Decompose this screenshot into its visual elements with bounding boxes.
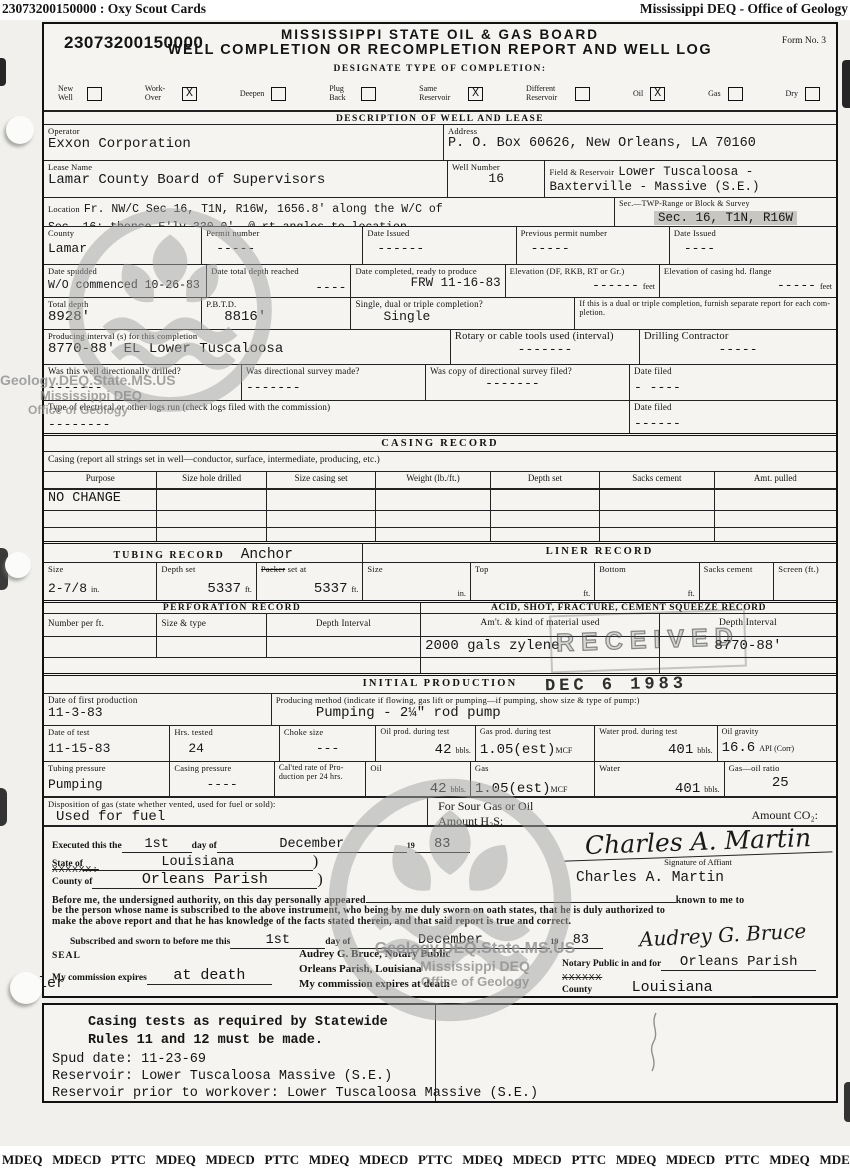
perf-acid-empty-row [44,657,836,673]
oil-gravity-unit: API (Corr) [759,744,794,753]
checkbox-mark [575,87,590,101]
field-date-td-reached: Date total depth reached ---- [206,265,350,297]
perf-number-label: Number per ft. [48,615,152,629]
field-prev-date-issued: Date Issued ---- [669,227,836,264]
rate-label-1: Cal'ted rate of Pro- [279,763,362,772]
acid-material-value: 2000 gals zylene [425,638,655,654]
casing-cell-empty [490,511,599,527]
logs-run-label: Type of electrical or other logs run (ch… [48,402,625,413]
pbtd-value: 8816' [206,309,346,325]
statewide-rule-note-1: Casing tests as required by Statewide [88,1015,388,1030]
sec-twp-range-value: Sec. 16, T1N, R16W [654,211,797,225]
oil-prod-value: 42 [435,742,452,758]
field-directionally-drilled: Was this well directionally drilled? ---… [44,365,241,400]
seal-label: SEAL [52,951,81,961]
liner-bottom-label: Bottom [599,564,694,574]
gas-prod-label: Gas prod. during test [480,727,590,736]
tubing-depth-label: Depth set [161,564,252,574]
paren: ) [317,871,322,888]
survey-copy-filed-value: ------- [430,377,625,392]
field-county: County Lamar [44,227,201,264]
permit-number-value: ----- [206,242,358,257]
elevation-unit: feet [643,282,655,291]
rate-gas-value: 1.05(est) [475,781,551,796]
field-drilling-contractor: Drilling Contractor ----- [639,330,836,364]
checkbox-deepen: Deepen [240,87,286,101]
casing-cell-empty [156,490,265,510]
field-lease-name: Lease Name Lamar County Board of Supervi… [44,161,447,197]
field-water-prod: Water prod. during test 401 bbls. [594,726,716,761]
hole-punch [5,552,31,578]
test-row: Date of test 11-15-83 Hrs. tested 24 Cho… [44,725,836,761]
field-liner-bottom: Bottom ft. [594,563,698,600]
execution-notary-block: Executed this the1stday ofDecember1983 S… [44,825,836,996]
elevation-casing-value: ----- [777,278,816,293]
checkbox-mark [271,87,286,101]
checkbox-mark [805,87,820,101]
perforation-record-band: PERFORATION RECORD [44,603,420,613]
directional-survey-label: Was directional survey made? [246,366,421,377]
casing-note: Casing (report all strings set in well—c… [44,452,836,471]
spud-date-note: Spud date: 11-23-69 [52,1052,206,1067]
rate-water-label: Water [599,763,719,773]
gas-disposition-value: Used for fuel [48,809,423,825]
casing-cell-empty [714,511,836,527]
casing-cell-empty [714,528,836,541]
prev-date-issued-label: Date Issued [674,228,832,238]
executed-month: December [217,837,407,853]
perf-col-depth: Depth Interval [266,614,420,636]
casing-cell-empty [599,511,713,527]
field-packer-set: Packer set at 5337 ft. [256,563,362,600]
viewer-header-right: Mississippi DEQ - Office of Geology [640,1,848,20]
date-of-test-value: 11-15-83 [48,742,165,757]
field-gas-oil-ratio: Gas—oil ratio 25 [724,762,836,796]
casing-band-row: CASING RECORD [44,433,836,451]
hole-punch [10,972,42,1004]
tubing-record-band: TUBING RECORD [113,550,224,561]
drilling-contractor-value: ----- [644,343,832,358]
field-sour-gas: For Sour Gas or Oil Amount H₂S: Amount C… [427,798,836,825]
gas-oil-ratio-label: Gas—oil ratio [729,763,832,773]
scout-card-footer: MDEQ MDECD PTTC MDEQ MDECD PTTC MDEQ MDE… [0,1146,850,1172]
acid-cell-empty [659,658,836,673]
affidavit-line-2: be the person whose name is subscribed t… [52,905,830,916]
field-total-depth: Total depth 8928' [44,298,201,329]
perf-acid-header-row: Number per ft. Size & type Depth Interva… [44,613,836,636]
exec-county-value: Orleans Parish [92,871,317,889]
checkbox-dry: Dry [786,87,820,101]
hrs-tested-label: Hrs. tested [174,727,274,737]
subscribed-year: 83 [558,933,603,949]
operator-value: Exxon Corporation [48,136,439,152]
first-production-value: 11-3-83 [48,706,267,721]
designate-heading-row: DESIGNATE TYPE OF COMPLETION: [44,64,836,78]
field-liner-top: Top ft. [470,563,594,600]
footer-codes: MDEQ MDECD PTTC MDEQ MDECD PTTC MDEQ MDE… [0,1146,850,1168]
field-reservoir-value-1: Lower Tuscaloosa - [618,165,753,179]
gas-prod-unit: MCF [555,746,572,755]
field-gas-disposition: Disposition of gas (state whether vented… [44,798,427,825]
acid-record-band: ACID, SHOT, FRACTURE, CEMENT SQUEEZE REC… [420,603,836,613]
liner-size-label: Size [367,564,465,574]
oil-prod-label: Oil prod. during test [380,727,471,736]
casing-col-casing-set: Size casing set [266,472,375,488]
viewer-header-left: 23073200150000 : Oxy Scout Cards [2,1,206,20]
acid-depth-value: 8770-88' [664,638,832,654]
casing-col-hole: Size hole drilled [156,472,265,488]
county-permit-row: County Lamar Permit number ----- Date Is… [44,226,836,264]
field-oil-gravity: Oil gravity 16.6 API (Corr) [717,726,836,761]
checkbox-new-well: New Well [58,85,102,103]
checkbox-same-reservoir: Same ReservoirX [419,85,483,103]
field-previous-permit: Previous permit number ----- [516,227,669,264]
date-completed-label: Date completed, ready to produce [355,266,500,276]
casing-cell-empty [44,511,156,527]
gas-prod-value: 1.05(est) [480,742,556,758]
tubing-liner-band-row: TUBING RECORD Anchor LINER RECORD [44,541,836,562]
address-value: P. O. Box 60626, New Orleans, LA 70160 [448,136,832,152]
date-of-test-label: Date of test [48,727,165,737]
prev-date-issued-value: ---- [674,242,832,257]
date-spudded-label: Date spudded [48,266,202,276]
notary-state-value: Louisiana [592,979,752,997]
lease-row: Lease Name Lamar County Board of Supervi… [44,160,836,197]
perf-acid-data-row: 2000 gals zylene 8770-88' [44,636,836,657]
checkbox-label: Oil [633,90,643,99]
commission-value: at death [147,967,272,985]
co2-label: Amount CO₂: [751,808,818,823]
field-gas-prod: Gas prod. during test 1.05(est)MCF [475,726,594,761]
executed-year: 83 [415,837,470,853]
notary-for-value: Orleans Parish [661,954,816,971]
field-elevation: Elevation (DF, RKB, RT or Gr.) ------ fe… [505,265,659,297]
scan-artifact [0,58,6,86]
executed-dayof: day of [192,841,217,851]
casing-data-row-1: NO CHANGE [44,488,836,510]
rate-water-unit: bbls. [704,785,719,794]
field-survey-copy-filed: Was copy of directional survey filed? --… [425,365,629,400]
operator-label: Operator [48,126,439,136]
field-first-production: Date of first production 11-3-83 [44,694,271,725]
perf-depth-label: Depth Interval [271,615,416,629]
field-logs-run: Type of electrical or other logs run (ch… [44,401,629,433]
initial-production-band-row: INITIAL PRODUCTION [44,673,836,693]
casing-pressure-label: Casing pressure [174,763,269,773]
acid-material-value-cell: 2000 gals zylene [420,637,659,657]
field-rate-per-24: Cal'ted rate of Pro- duction per 24 hrs. [274,762,366,796]
elevation-casing-unit: feet [820,282,832,291]
total-depth-value: 8928' [48,309,197,325]
form-number: Form No. 3 [782,36,826,46]
completion-kind-value: Single [355,310,570,325]
casing-data-row-3 [44,527,836,541]
directionally-drilled-label: Was this well directionally drilled? [48,366,237,377]
producing-method-value: Pumping - 2¼" rod pump [276,705,832,721]
perf-cell-empty [266,637,420,657]
notary-for-block: Notary Public in and forOrleans Parish X… [562,953,834,997]
rate-row: Tubing pressure Pumping Casing pressure … [44,761,836,796]
directional-survey-value: ------- [246,381,421,396]
completion-type-checkboxes: New Well Work- OverX Deepen Plug Back Sa… [44,78,836,110]
scan-artifact [842,60,850,108]
executed-year-prefix: 19 [407,841,415,850]
packer-set-unit: ft. [351,585,358,594]
total-depth-label: Total depth [48,299,197,309]
field-reservoir-label: Field & Reservoir [549,167,614,177]
checkbox-label: Plug Back [329,85,354,103]
field-rate-water: Water 401 bbls. [594,762,723,796]
well-completion-form: 23073200150000 MISSISSIPPI STATE OIL & G… [42,22,838,998]
packer-set-value: 5337 [314,581,348,597]
tubing-pressure-label: Tubing pressure [48,763,165,773]
affiant-name-typed: Charles A. Martin [564,870,832,887]
logs-run-value: -------- [48,418,625,433]
stray-text: ler [38,975,65,992]
field-directional-survey: Was directional survey made? ------- [241,365,425,400]
casing-cell-empty [266,490,375,510]
county-label: County [48,228,197,238]
field-liner-sacks: Sacks cement [699,563,774,600]
depth-row: Total depth 8928' P.B.T.D. 8816' Single,… [44,297,836,329]
casing-cell-empty [599,528,713,541]
rate-label-2: duction per 24 hrs. [279,772,362,781]
county-value: Lamar [48,242,197,257]
casing-col-sacks: Sacks cement [599,472,713,488]
tubing-size-label: Size [48,564,152,574]
reservoir-note: Reservoir: Lower Tuscaloosa Massive (S.E… [52,1069,392,1084]
field-rotary-cable: Rotary or cable tools used (interval) --… [450,330,639,364]
sec-twp-range-label: Sec.—TWP-Range or Block & Survey [619,199,832,208]
previous-permit-label: Previous permit number [521,228,665,238]
producing-method-label: Producing method (indicate if flowing, g… [276,695,832,705]
field-liner-screen: Screen (ft.) [773,563,836,600]
statewide-rule-note-2: Rules 11 and 12 must be made. [88,1033,323,1048]
field-well-number: Well Number 16 [447,161,545,197]
liner-bottom-unit: ft. [688,589,695,598]
disposition-row: Disposition of gas (state whether vented… [44,796,836,825]
commission-line: My commission expiresat death [52,967,272,985]
scan-artifact [844,1082,850,1122]
previous-permit-value: ----- [521,242,665,257]
checkbox-label: Gas [708,90,720,99]
field-oil-prod: Oil prod. during test 42 bbls. [375,726,475,761]
casing-cell-empty [266,528,375,541]
pbtd-label: P.B.T.D. [206,299,346,309]
affiant-signature-block: Charles A. Martin Signature of Affiant C… [564,827,832,887]
elevation-value: ------ [592,278,639,293]
checkbox-label: New Well [58,85,80,103]
date-td-reached-value: ---- [211,281,346,296]
field-reservoir-value-2: Baxterville - Massive (S.E.) [549,180,832,194]
operator-row: Operator Exxon Corporation Address P. O.… [44,124,836,160]
perf-size-type-label: Size & type [161,615,261,629]
casing-cell-empty [375,490,489,510]
first-production-row: Date of first production 11-3-83 Produci… [44,693,836,725]
field-elevation-casing: Elevation of casing hd. flange ----- fee… [659,265,836,297]
liner-record-band: LINER RECORD [362,544,836,562]
casing-col-depth: Depth set [490,472,599,488]
tubing-depth-value: 5337 [207,581,241,597]
tubing-size-unit: in. [91,585,99,594]
notary-for-label: Notary Public in and for [562,959,661,969]
directionally-drilled-value: ------- [48,381,237,396]
checkbox-mark [361,87,376,101]
field-address: Address P. O. Box 60626, New Orleans, LA… [443,125,836,160]
description-band: DESCRIPTION OF WELL AND LEASE [44,112,836,124]
oil-prod-unit: bbls. [455,746,470,755]
notary-typed-1: Audrey G. Bruce, Notary Public [299,947,450,962]
casing-data-row-2 [44,510,836,527]
field-sec-twp-range: Sec.—TWP-Range or Block & Survey Sec. 16… [614,198,836,226]
rate-water-value: 401 [675,781,700,796]
producing-interval-value: 8770-88' EL Lower Tuscaloosa [48,341,446,357]
perf-cell-empty [44,658,420,673]
location-row: Location Fr. NW/C Sec 16, T1N, R16W, 165… [44,197,836,226]
casing-note-row: Casing (report all strings set in well—c… [44,451,836,471]
perf-col-number: Number per ft. [44,614,156,636]
liner-sacks-label: Sacks cement [704,564,770,574]
field-producing-method: Producing method (indicate if flowing, g… [271,694,836,725]
field-field-reservoir: Field & Reservoir Lower Tuscaloosa - Bax… [544,161,836,197]
checkbox-label: Work- Over [145,85,175,103]
casing-cell-empty [714,490,836,510]
field-survey-date-filed: Date filed - ---- [629,365,836,400]
rotary-cable-value: ------- [455,343,635,358]
field-rate-gas: Gas 1.05(est)MCF [470,762,594,796]
field-rate-oil: Oil 42 bbls. [365,762,469,796]
choke-size-value: --- [284,742,372,757]
casing-record-band: CASING RECORD [44,436,836,451]
hole-punch [6,116,34,144]
oil-gravity-label: Oil gravity [722,727,832,736]
subscribed-dayof: day of [325,937,350,947]
water-prod-unit: bbls. [697,746,712,755]
interval-row: Producing interval (s) for this completi… [44,329,836,364]
casing-header-row: Purpose Size hole drilled Size casing se… [44,471,836,488]
liner-top-unit: ft. [583,589,590,598]
field-hrs-tested: Hrs. tested 24 [169,726,278,761]
packer-label-struck: Packer [261,564,285,574]
checkbox-gas: Gas [708,87,742,101]
checkbox-mark: X [182,87,197,101]
perf-col-size-type: Size & type [156,614,265,636]
liner-screen-label: Screen (ft.) [778,564,832,574]
producing-interval-label: Producing interval (s) for this completi… [48,331,446,341]
affiant-signature-script: Charles A. Martin [564,822,833,861]
executed-line: Executed this the1stday ofDecember1983 [52,835,470,853]
checkbox-label: Dry [786,90,798,99]
initial-production-band: INITIAL PRODUCTION [44,676,836,693]
viewer-header: 23073200150000 : Oxy Scout Cards Mississ… [0,0,850,20]
checkbox-mark [87,87,102,101]
water-prod-value: 401 [668,742,693,758]
api-well-number: 23073200150000 [64,33,203,53]
notary-typed-block: Audrey G. Bruce, Notary Public Orleans P… [299,947,450,992]
casing-cell-empty [375,511,489,527]
field-tubing-size: Size 2-7/8 in. [44,563,156,600]
location-label: Location [48,204,80,214]
field-casing-pressure: Casing pressure ---- [169,762,273,796]
choke-size-label: Choke size [284,727,372,737]
checkbox-oil: OilX [633,87,665,101]
permit-number-label: Permit number [206,228,358,238]
notary-county-label: County [562,985,592,995]
date-issued-value: ------ [367,242,511,257]
checkbox-work-over: Work- OverX [145,85,197,103]
casing-cell-empty [266,511,375,527]
lease-name-label: Lease Name [48,162,443,172]
scout-card-annotation-box: Casing tests as required by Statewide Ru… [42,1003,838,1103]
field-tubing-pressure: Tubing pressure Pumping [44,762,169,796]
acid-cell-empty [420,658,659,673]
spudded-row: Date spudded W/O commenced 10-26-83 Date… [44,264,836,297]
notary-typed-3: My commission expires at death [299,977,450,992]
exec-county-label: County of [52,877,92,887]
field-date-issued: Date Issued ------ [362,227,515,264]
subscribed-year-prefix: 19 [550,937,558,946]
checkbox-label: Same Reservoir [419,85,461,103]
acid-material-label: Am't. & kind of material used [425,615,655,629]
checkbox-label: Deepen [240,90,264,99]
survey-date-filed-label: Date filed [634,366,832,377]
rate-oil-label: Oil [370,763,465,773]
field-logs-date-filed: Date filed ------ [629,401,836,433]
date-spudded-value: W/O commenced 10-26-83 [48,279,202,292]
liner-top-label: Top [475,564,590,574]
county-overstrike: XXXXXX: [52,864,99,875]
casing-cell-empty [156,511,265,527]
casing-cell-empty [490,528,599,541]
executed-prefix: Executed this the [52,841,122,851]
notary-typed-2: Orleans Parish, Louisiana [299,962,450,977]
reservoir-prior-note: Reservoir prior to workover: Lower Tusca… [52,1086,538,1101]
well-number-value: 16 [452,172,541,187]
tubing-depth-unit: ft. [245,585,252,594]
acid-col-material: Am't. & kind of material used [420,614,659,636]
perf-cell-empty [156,637,265,657]
date-td-reached-label: Date total depth reached [211,266,346,276]
tubing-size-value: 2-7/8 [48,581,87,596]
form-title-row: 23073200150000 MISSISSIPPI STATE OIL & G… [44,24,836,64]
field-choke-size: Choke size --- [279,726,376,761]
field-date-of-test: Date of test 11-15-83 [44,726,169,761]
location-value-1: Fr. NW/C Sec 16, T1N, R16W, 1656.8' alon… [84,203,443,216]
paren: ) [313,853,318,870]
field-tubing-depth: Depth set 5337 ft. [156,563,256,600]
packer-label-rest: set at [288,564,307,574]
casing-cell-empty [44,528,156,541]
oil-gravity-value: 16.6 [722,740,756,756]
acid-col-depth: Depth Interval [659,614,836,636]
field-permit-number: Permit number ----- [201,227,362,264]
gas-oil-ratio-value: 25 [729,775,832,791]
field-completion-kind: Single, dual or triple completion? Singl… [350,298,574,329]
notary-county-overstrike: XXXXXX [562,972,602,983]
executed-day: 1st [122,837,192,853]
checkbox-different-reservoir: Different Reservoir [526,85,590,103]
perf-cell-empty [44,637,156,657]
checkbox-mark: X [468,87,483,101]
casing-col-weight: Weight (lb./ft.) [375,472,489,488]
logs-row: Type of electrical or other logs run (ch… [44,400,836,433]
date-issued-label: Date Issued [367,228,511,238]
field-date-completed: Date completed, ready to produce FRW 11-… [350,265,504,297]
field-producing-interval: Producing interval (s) for this completi… [44,330,450,364]
designate-heading: DESIGNATE TYPE OF COMPLETION: [44,64,836,78]
subscribed-prefix: Subscribed and sworn to before me this [70,937,230,947]
elevation-casing-label: Elevation of casing hd. flange [664,266,832,276]
